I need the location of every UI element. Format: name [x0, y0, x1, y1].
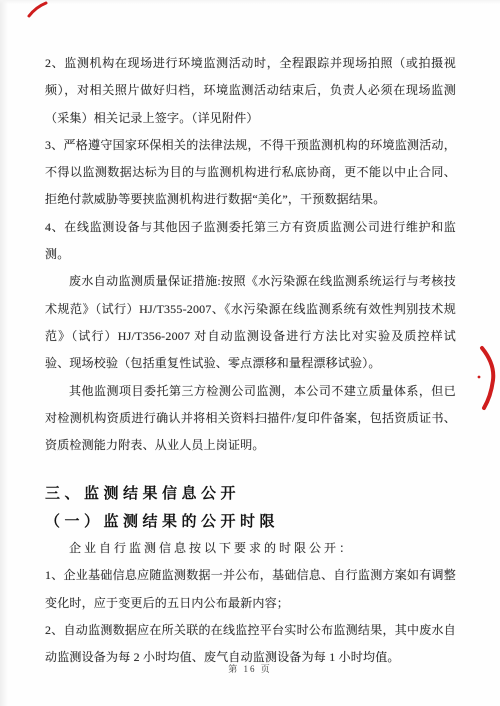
document-page: 2、监测机构在现场进行环境监测活动时，全程跟踪并现场拍照（或拍摄视频），对相关照… — [0, 0, 500, 706]
paragraph: 3、严格遵守国家环保相关的法律法规，不得干预监测机构的环境监测活动，不得以监测数… — [45, 132, 456, 214]
paragraph: 其他监测项目委托第三方检测公司监测，本公司不建立质量体系，但已对检测机构资质进行… — [45, 378, 456, 460]
section-heading: （一）监测结果的公开时限 — [45, 508, 456, 535]
scan-edge-shadow-top — [0, 0, 500, 4]
red-pen-corner-mark-icon — [26, 0, 50, 18]
paragraph: 废水自动监测质量保证措施:按照《水污染源在线监测系统运行与考核技术规范》（试行）… — [45, 268, 456, 377]
paragraph: 企业自行监测信息按以下要求的时限公开： — [45, 535, 456, 562]
red-pen-margin-mark-icon — [477, 344, 500, 414]
page-number: 第 16 页 — [0, 662, 500, 675]
paragraph: 1、企业基础信息应随监测数据一并公布，基础信息、自行监测方案如有调整变化时，应于… — [45, 562, 456, 617]
paragraph: 4、在线监测设备与其他因子监测委托第三方有资质监测公司进行维护和监测。 — [45, 214, 456, 269]
document-body: 2、监测机构在现场进行环境监测活动时，全程跟踪并现场拍照（或拍摄视频），对相关照… — [45, 50, 456, 672]
section-heading: 三、监测结果信息公开 — [45, 480, 456, 507]
scan-edge-shadow-left — [0, 0, 8, 706]
paragraph: 2、监测机构在现场进行环境监测活动时，全程跟踪并现场拍照（或拍摄视频），对相关照… — [45, 50, 456, 132]
